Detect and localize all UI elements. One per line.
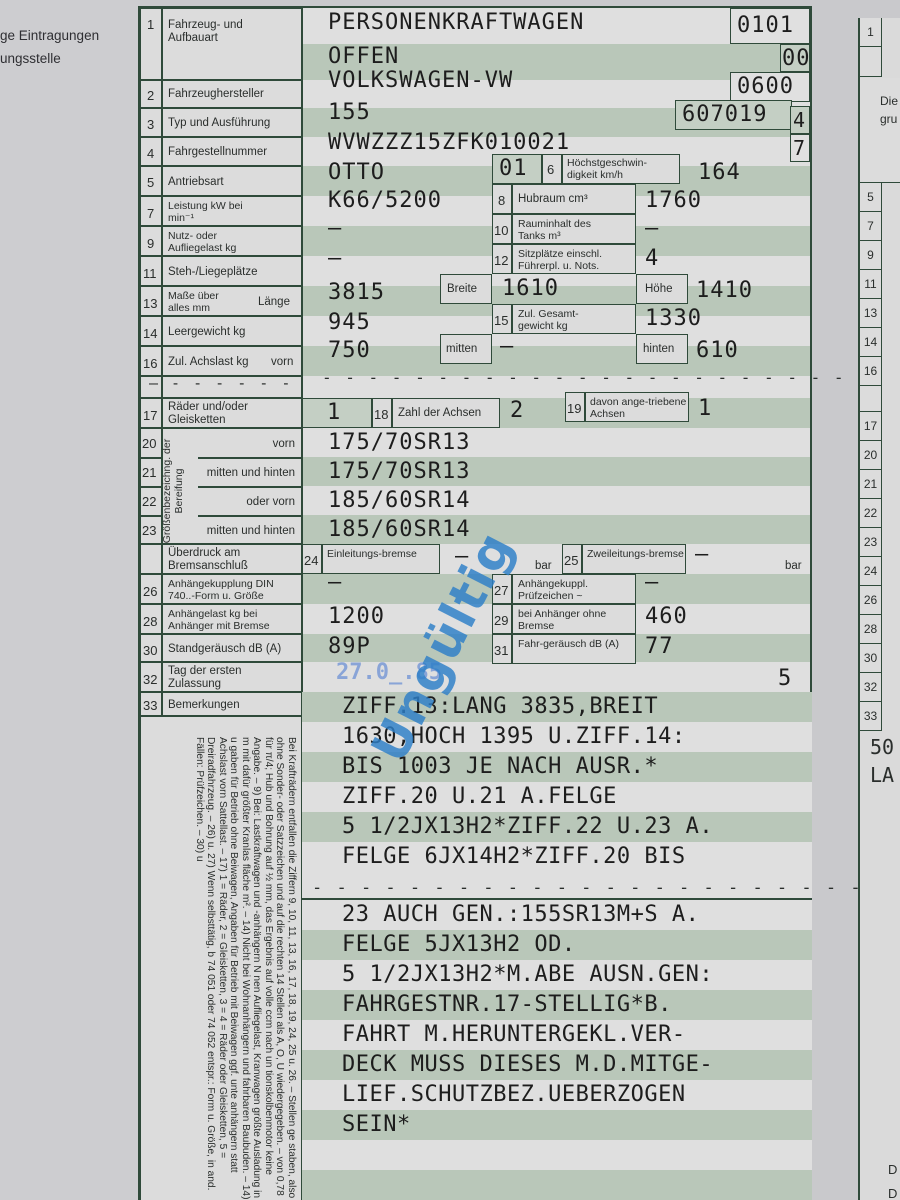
next-page-text: Die gru: [880, 92, 900, 128]
label-raeder: Räder und/oder Gleisketten: [168, 401, 268, 427]
label-stehplaetze: Steh-/Liegeplätze: [168, 266, 258, 279]
field-1-label-cell: Fahrzeug- und Aufbauart: [162, 8, 302, 80]
label-antriebsart: Antriebsart: [168, 176, 224, 189]
code-aufbauart: 0101: [737, 13, 794, 38]
value-antriebsart: OTTO: [328, 160, 385, 185]
label-anhaengelast: Anhängelast kg bei Anhänger mit Bremse: [168, 608, 298, 632]
label-typ: Typ und Ausführung: [168, 117, 270, 130]
label-masse: Maße über alles mm: [168, 290, 228, 314]
label-hersteller: Fahrzeughersteller: [168, 88, 264, 101]
value-angetriebene-achsen: 1: [698, 396, 712, 421]
next-page-partial: 1 Die gru 5 7 9 11 13 14 16 17 20 21 22 …: [858, 18, 900, 1200]
value-breite: 1610: [502, 276, 559, 301]
label-groessenbezeichnung: Größenbezeichng. der Bereifung: [161, 436, 185, 546]
label-ohne-bremse: bei Anhänger ohne Bremse: [518, 608, 636, 632]
left-page-margin: ge Eintragungen ungsstelle: [0, 0, 140, 1200]
code-antriebsart: 01: [499, 156, 528, 181]
value-fahrgestellnummer: WVWZZZ15ZFK010021: [328, 130, 570, 155]
unit-bar-24: bar: [535, 560, 552, 573]
field-1-num-cell: 1: [140, 8, 162, 80]
remark-line: FELGE 6JX14H2*ZIFF.20 BIS: [302, 842, 812, 872]
value-sitzplaetze: 4: [645, 246, 659, 271]
label-ueberdruck: Überdruck am Bremsanschluß: [168, 547, 278, 573]
remark-line: SEIN*: [302, 1110, 812, 1140]
dash-line-1: - - - - - - - - - - - - - - - - - - - - …: [322, 368, 869, 387]
value-leistung: K66/5200: [328, 188, 442, 213]
label-pruefzeichen: Anhängekuppl. Prüfzeichen ~: [518, 578, 636, 602]
margin-note: ge Eintragungen ungsstelle: [0, 24, 99, 70]
value-zweileitungsbremse: —: [695, 542, 709, 567]
value-achsen: 2: [510, 398, 524, 423]
value-bereifung-23: 185/60SR14: [328, 517, 470, 542]
code-aufbauart-2: 00: [782, 46, 811, 71]
label-achslast: Zul. Achslast kg: [168, 356, 249, 369]
label-achsen: Zahl der Achsen: [398, 407, 481, 420]
remark-line-empty: [302, 1170, 812, 1200]
label-einleitungsbremse: Einleitungs-bremse: [327, 548, 427, 560]
value-standgeraeusch: 89P: [328, 634, 371, 659]
remark-line: DECK MUSS DIESES M.D.MITGE-: [302, 1050, 812, 1080]
remark-line: LIEF.SCHUTZBEZ.UEBERZOGEN: [302, 1080, 812, 1110]
value-hoechstgeschwindigkeit: 164: [698, 160, 741, 185]
remark-line: 5 1/2JX13H2*M.ABE AUSN.GEN:: [302, 960, 812, 990]
value-leergewicht: 945: [328, 310, 371, 335]
value-pruefzeichen: —: [645, 570, 659, 595]
value-hubraum: 1760: [645, 188, 702, 213]
label-vorn: vorn: [271, 356, 293, 369]
footnote-text: Bei Krafträdern entfallen die Ziffern 9,…: [194, 737, 298, 1200]
value-tankinhalt: —: [645, 216, 659, 241]
label-hoehe: Höhe: [645, 283, 673, 296]
code-typ: 607019: [682, 102, 767, 127]
value-erstzulassung: 5: [778, 666, 792, 691]
remark-line: 23 AUCH GEN.:155SR13M+S A.: [302, 900, 812, 930]
label-anhaengekupplung: Anhängekupplung DIN 740..-Form u. Größe: [168, 578, 303, 602]
label-zweileitungsbremse: Zweileitungs-bremse: [587, 548, 687, 560]
label-leistung: Leistung kW bei min⁻¹: [168, 200, 268, 224]
value-anhaengekupplung: —: [328, 570, 342, 595]
value-raeder: 1: [327, 400, 341, 425]
value-bereifung-21: 175/70SR13: [328, 459, 470, 484]
label-hoechstgeschwindigkeit: Höchstgeschwin-digkeit km/h: [567, 157, 677, 181]
label-laenge: Länge: [258, 296, 290, 309]
label-standgeraeusch: Standgeräusch dB (A): [168, 643, 281, 656]
label-mitten: mitten: [446, 343, 477, 356]
value-gesamtgewicht: 1330: [645, 306, 702, 331]
value-aufbauart-2: OFFEN: [328, 44, 399, 69]
code-hersteller: 0600: [737, 74, 794, 99]
remark-line: FELGE 5JX13H2 OD.: [302, 930, 812, 960]
remark-line: FAHRT M.HERUNTERGEKL.VER-: [302, 1020, 812, 1050]
footnote-box: Bei Krafträdern entfallen die Ziffern 9,…: [140, 716, 302, 1200]
label-fahrgestellnummer: Fahrgestellnummer: [168, 146, 267, 159]
value-aufbauart: PERSONENKRAFTWAGEN: [328, 10, 584, 35]
unit-bar-25: bar: [785, 560, 802, 573]
remark-dash-line: - - - - - - - - - - - - - - - - - - - - …: [302, 872, 812, 898]
remark-line: 5 1/2JX13H2*ZIFF.22 U.23 A.: [302, 812, 812, 842]
remark-line: BIS 1003 JE NACH AUSR.*: [302, 752, 812, 782]
value-fahrgeraeusch: 77: [645, 634, 674, 659]
value-nutzlast: —: [328, 216, 342, 241]
label-gesamtgewicht: Zul. Gesamt-gewicht kg: [518, 308, 608, 332]
label-erstzulassung: Tag der ersten Zulassung: [168, 665, 268, 691]
label-tankinhalt: Rauminhalt des Tanks m³: [518, 218, 618, 242]
label-breite: Breite: [447, 283, 477, 296]
value-achslast-mitten: —: [500, 334, 514, 359]
value-bereifung-20: 175/70SR13: [328, 430, 470, 455]
label-bemerkungen: Bemerkungen: [168, 699, 240, 712]
check-typ: 4: [793, 108, 806, 132]
value-stehplaetze: —: [328, 246, 342, 271]
value-bereifung-22: 185/60SR14: [328, 488, 470, 513]
remark-line-empty: [302, 1140, 812, 1170]
label-fahrgeraeusch: Fahr-geräusch dB (A): [518, 638, 636, 650]
label-hinten: hinten: [643, 343, 674, 356]
label-angetriebene-achsen: davon ange-triebene Achsen: [590, 396, 690, 420]
value-achslast-vorn: 750: [328, 338, 371, 363]
value-achslast-hinten: 610: [696, 338, 739, 363]
label-nutzlast: Nutz- oder Aufliegelast kg: [168, 230, 268, 254]
label-leergewicht: Leergewicht kg: [168, 326, 245, 339]
value-anhaengelast-mit-bremse: 1200: [328, 604, 385, 629]
label-hubraum: Hubraum cm³: [518, 193, 588, 206]
check-fahrgestellnummer: 7: [793, 136, 806, 160]
remark-line: FAHRGESTNR.17-STELLIG*B.: [302, 990, 812, 1020]
label-sitzplaetze: Sitzplätze einschl. Führerpl. u. Nots.: [518, 248, 638, 272]
value-typ: 155: [328, 100, 371, 125]
value-laenge: 3815: [328, 280, 385, 305]
value-hoehe: 1410: [696, 278, 753, 303]
remark-line: ZIFF.20 U.21 A.FELGE: [302, 782, 812, 812]
value-anhaengelast-ohne-bremse: 460: [645, 604, 688, 629]
value-hersteller: VOLKSWAGEN-VW: [328, 68, 513, 93]
